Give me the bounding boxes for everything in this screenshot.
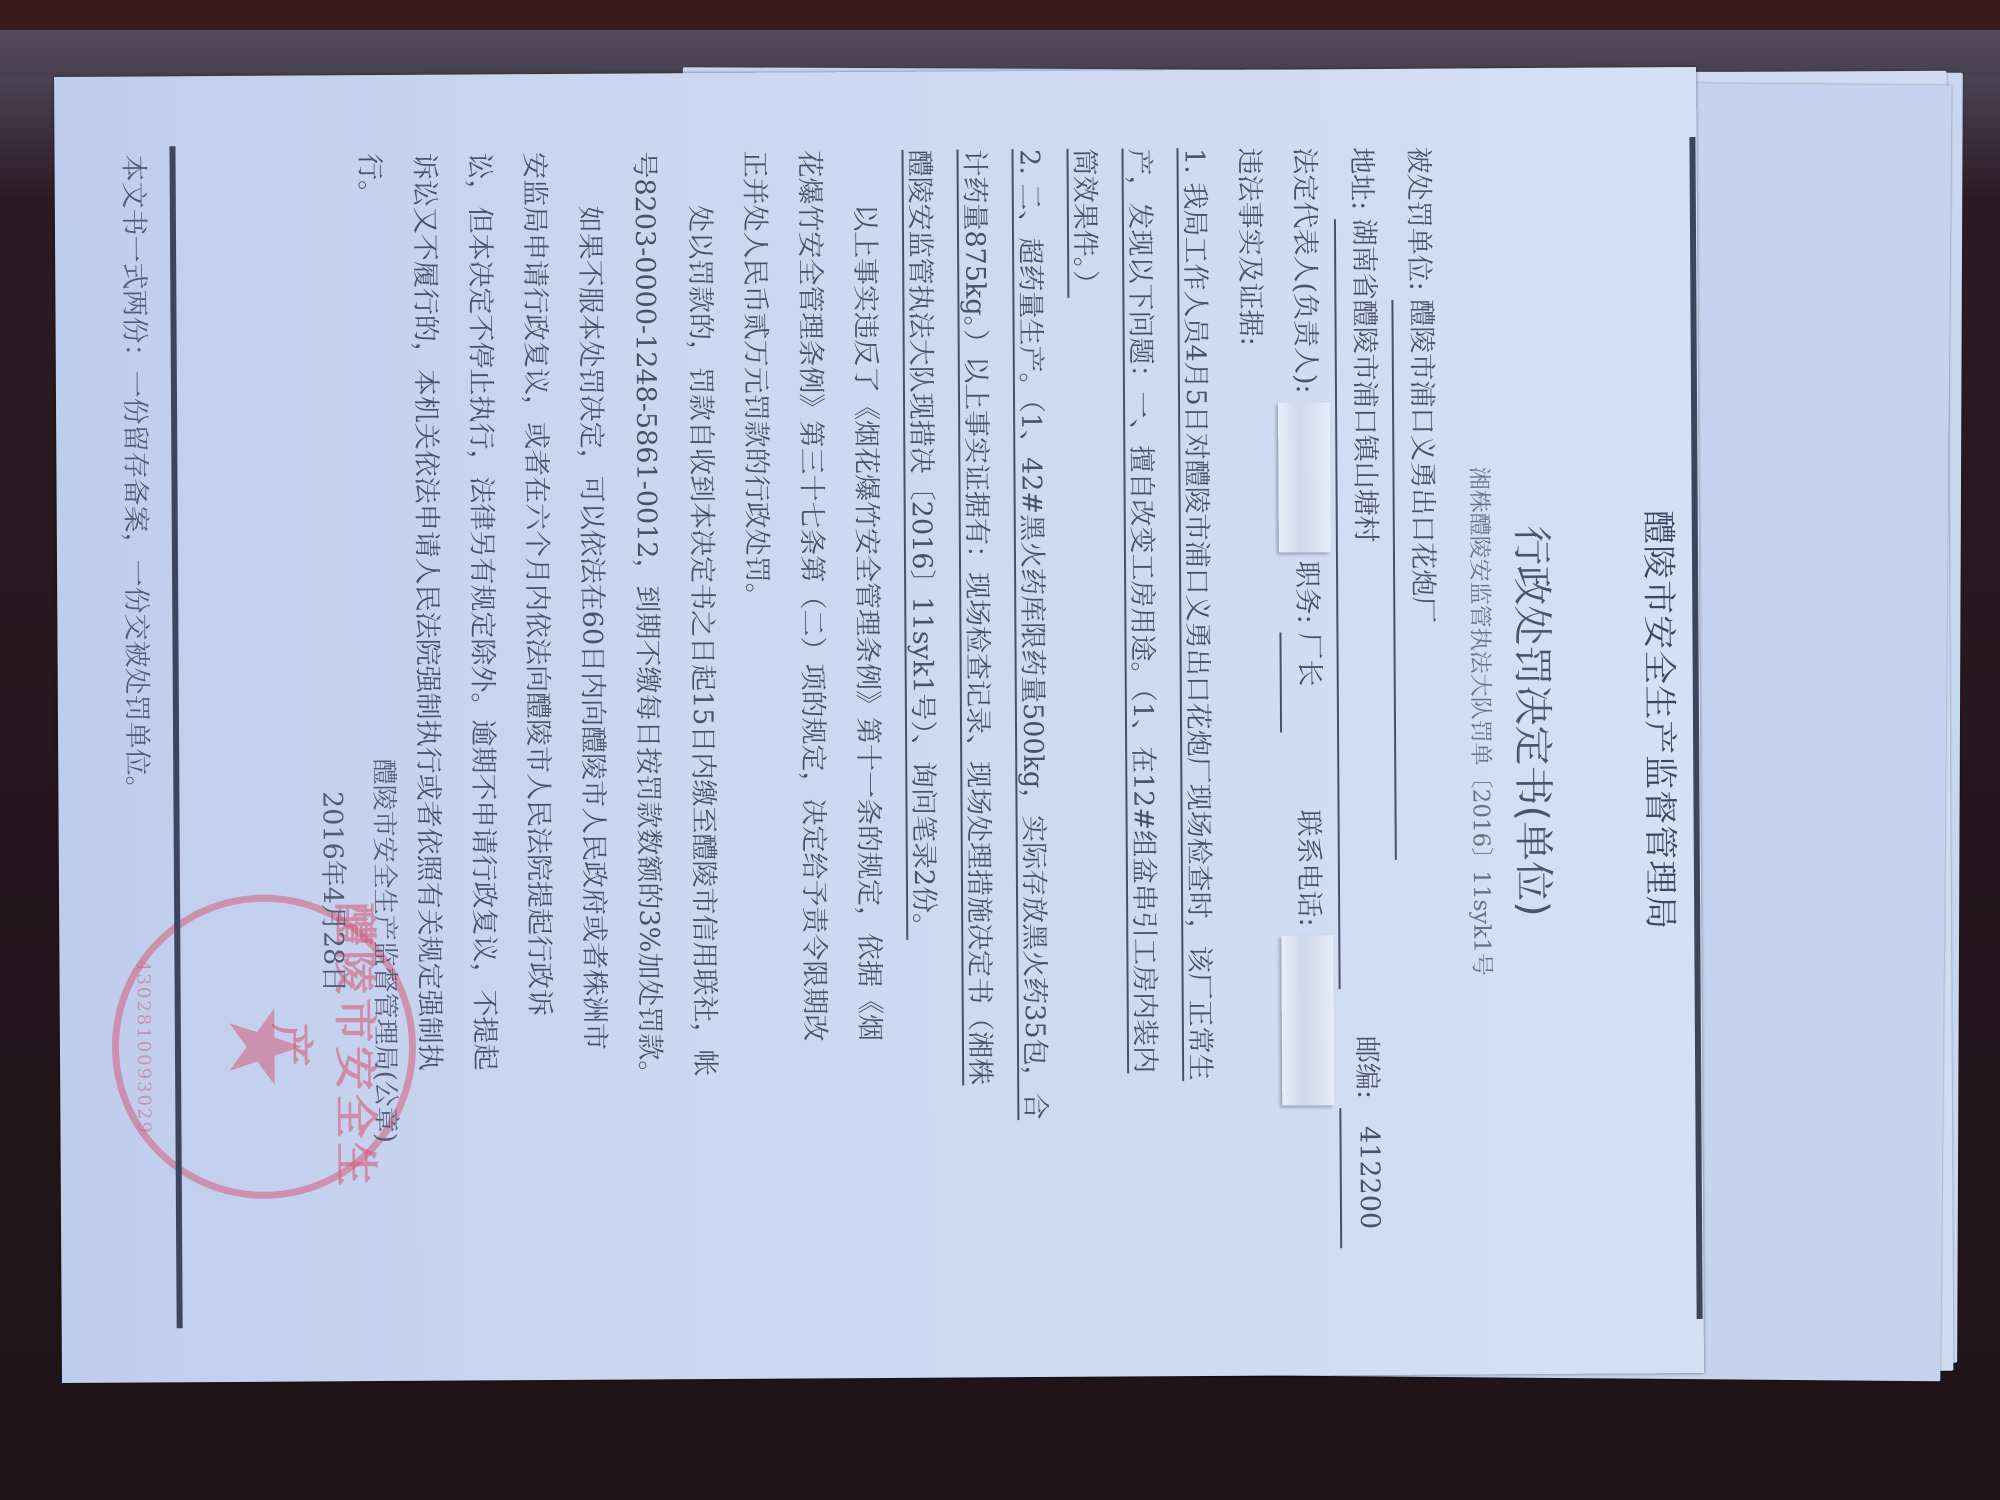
punished-unit-label: 被处罚单位: (1402, 147, 1434, 291)
signoff-organization: 醴陵市安全生产监督管理局(公章) (357, 759, 411, 1144)
document-body: 被处罚单位: 醴陵市浦口义勇出口花炮厂 地址: 湖南省醴陵市浦口镇山塘村 邮编:… (341, 147, 1454, 1324)
document-title: 行政处罚决定书(单位) (1503, 67, 1568, 1376)
violation-line: 花爆竹安全管理条例》第三十七条第（二）项的规定，决定给予责令限期改 (781, 150, 843, 1320)
legal-rep-row: 法定代表人(负责人): 职务: 厂长 联系电话: (1276, 147, 1340, 1317)
punished-unit-row: 被处罚单位: 醴陵市浦口义勇出口花炮厂 (1390, 147, 1454, 1317)
legal-rep-label: 法定代表人(负责人): (1288, 147, 1321, 393)
violation-line: 正并处人民币贰万元罚款的行政处罚。 (726, 151, 788, 1321)
address-row: 地址: 湖南省醴陵市浦口镇山塘村 邮编: 412200 (1333, 147, 1397, 1317)
facts-line: 筒效果件。） (1056, 149, 1118, 1319)
appeal-line: 安监局申请行政复议，或者在六个月内依法向醴陵市人民法院提起行政诉 (506, 152, 568, 1322)
postcode-label: 邮编: (1351, 1036, 1382, 1099)
facts-line: 醴陵安监管执法大队现措决〔2016〕11syk1号）、询问笔录2份。 (891, 150, 953, 1320)
agency-header: 醴陵市安全生产监督管理局 (1634, 67, 1691, 1375)
seal-star-icon: ★ (213, 901, 315, 1192)
signoff-block: 醴陵市安全生产监督管理局(公章) 2016年4月28日 (305, 759, 411, 1144)
address-label: 地址: (1345, 147, 1376, 210)
facts-line: 产，发现以下问题：一、擅自改变工房用途。（1、在12#组盆串引工房内装内 (1111, 148, 1173, 1318)
facts-heading: 违法事实及证据: (1221, 148, 1283, 1318)
payment-line: 处以罚款的，罚款自收到本决定书之日起15日内缴至醴陵市信用联社，帐 (671, 151, 733, 1321)
table-surface-top (0, 0, 2000, 30)
appeal-line: 如果不服本处罚决定，可以依法在60日内向醴陵市人民政府或者株洲市 (561, 152, 623, 1322)
appeal-line: 讼，但本决定不停止执行，法律另有规定除外。逾期不申请行政复议，不提起 (451, 152, 513, 1322)
position-label: 职务: (1291, 561, 1322, 624)
facts-line: 1. 我局工作人员4月5日对醴陵市浦口义勇出口花炮厂现场检查时，该厂正常生 (1166, 148, 1228, 1318)
redacted-legal-rep-name (1279, 402, 1332, 552)
phone-label: 联系电话: (1293, 810, 1325, 927)
violation-line: 以上事实违反了《烟花爆竹安全管理条例》第十一条的规定，依据《烟 (836, 150, 898, 1320)
payment-line: 号8203-0000-1248-5861-0012，到期不缴每日按罚款数额的3%… (616, 151, 678, 1321)
redacted-phone-number (1282, 935, 1335, 1105)
punished-unit-value: 醴陵市浦口义勇出口花炮厂 (1391, 299, 1451, 859)
copies-note: 本文书一式两份：一份留存备案，一份交被处罚单位。 (117, 154, 160, 802)
address-value: 湖南省醴陵市浦口镇山塘村 (1334, 219, 1396, 989)
facts-line: 2. 二、超药量生产。（1、42#黑火药库限药量500kg，实际存放黑火药35包… (1001, 149, 1063, 1319)
penalty-decision-document: 醴陵市安全生产监督管理局 行政处罚决定书(单位) 湘株醴陵安监管执法大队罚单〔2… (55, 67, 1703, 1383)
appeal-line: 诉讼又不履行的，本机关依法申请人民法院强制执行或者依照有关规定强制执 (396, 153, 458, 1323)
facts-line: 计药量875kg。）以上事实证据有：现场检查记录、现场处理措施决定书（湘株 (946, 149, 1008, 1319)
position-value: 厂长 (1279, 632, 1337, 732)
signoff-date: 2016年4月28日 (305, 759, 359, 1144)
document-number: 湘株醴陵安监管执法大队罚单〔2016〕11syk1号 (1462, 67, 1503, 1376)
postcode-value: 412200 (1339, 1107, 1397, 1247)
seal-code: 4302810093029 (132, 902, 155, 1192)
document-paper: 醴陵市安全生产监督管理局 行政处罚决定书(单位) 湘株醴陵安监管执法大队罚单〔2… (54, 67, 1704, 1383)
